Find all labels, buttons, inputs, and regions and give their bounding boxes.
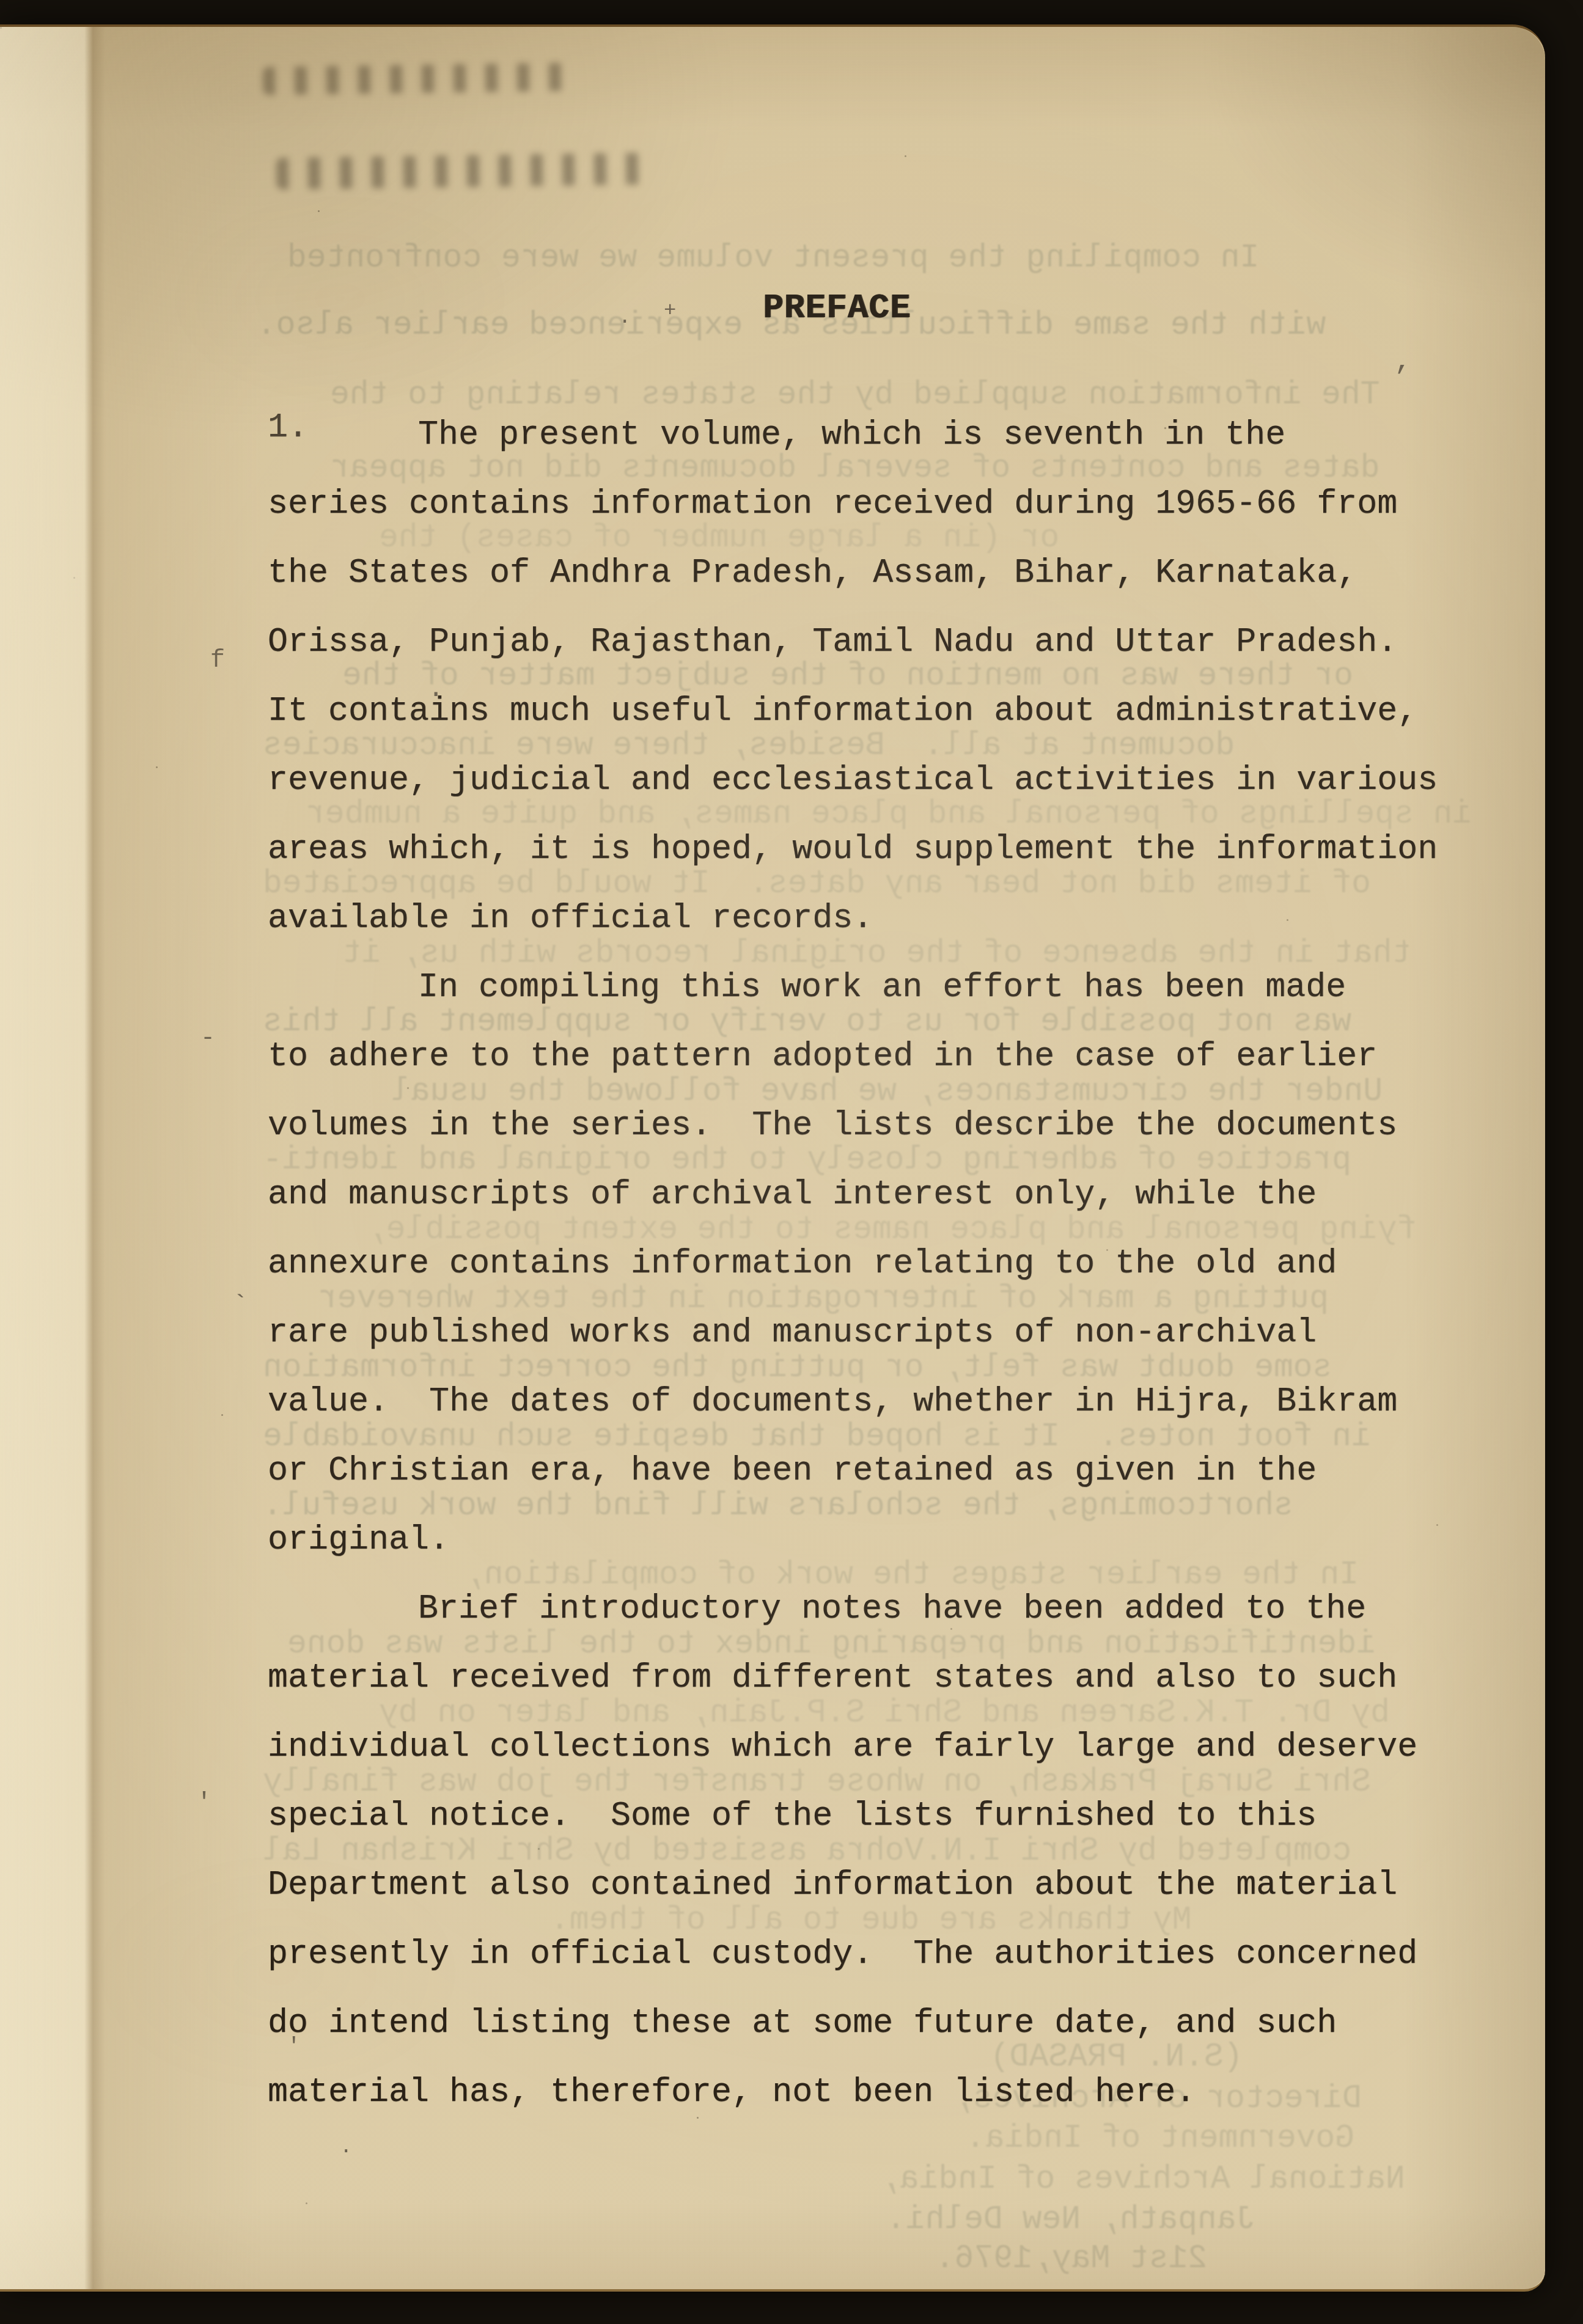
typed-line: annexure contains information relating t… [268,1229,1438,1298]
typed-text-block: 1.The present volume, which is seventh i… [268,400,1438,2127]
typed-line: Brief introductory notes have been added… [268,1574,1438,1643]
ink-speck: ’ [1392,364,1410,394]
typed-line: In compiling this work an effort has bee… [268,953,1438,1022]
typed-line: and manuscripts of archival interest onl… [268,1160,1438,1229]
typed-line-text: rare published works and manuscripts of … [268,1313,1317,1352]
typed-line-text: material received from different states … [268,1659,1397,1697]
typed-line: original. [268,1505,1438,1574]
bleedthrough-line: In compiling the present volume we were … [287,240,1259,276]
ink-speck: ` [232,1293,248,1320]
typed-line: volumes in the series. The lists describ… [268,1091,1438,1160]
typed-line-text: revenue, judicial and ecclesiastical act… [268,761,1438,799]
typed-line-text: or Christian era, have been retained as … [268,1451,1317,1490]
typed-line-text: In compiling this work an effort has bee… [418,968,1346,1006]
typed-line-text: available in official records. [268,899,873,937]
typed-line: series contains information received dur… [268,469,1438,538]
typed-line: material has, therefore, not been listed… [268,2058,1438,2127]
typed-line-text: the States of Andhra Pradesh, Assam, Bih… [268,554,1357,592]
typed-line-text: special notice. Some of the lists furnis… [268,1797,1317,1835]
typed-line: the States of Andhra Pradesh, Assam, Bih… [268,538,1438,607]
typed-line-text: The present volume, which is seventh in … [418,416,1285,454]
page-title: PREFACE [763,288,911,328]
ink-smudge [276,153,653,190]
typed-line: Orissa, Punjab, Rajasthan, Tamil Nadu an… [268,607,1438,676]
typed-line-text: It contains much useful information abou… [268,692,1417,730]
typed-line: 1.The present volume, which is seventh i… [268,400,1438,469]
ink-speck: + [664,301,676,321]
document-page: In compiling the present volume we were … [0,24,1545,2292]
bleedthrough-line: 21st May,1976. [935,2240,1207,2277]
typed-line-text: areas which, it is hoped, would suppleme… [268,830,1438,868]
typed-line: revenue, judicial and ecclesiastical act… [268,746,1438,815]
ink-speck: - [200,1027,215,1051]
typed-line-text: and manuscripts of archival interest onl… [268,1175,1317,1214]
paragraph-number: 1. [268,393,308,462]
ink-speck: ' [197,1792,211,1816]
typed-line-text: volumes in the series. The lists describ… [268,1106,1397,1145]
typed-line-text: Department also contained information ab… [268,1866,1397,1904]
typed-line: Department also contained information ab… [268,1850,1438,1919]
ink-speck: f [210,649,225,673]
typed-line: It contains much useful information abou… [268,676,1438,746]
typed-line-text: to adhere to the pattern adopted in the … [268,1037,1377,1076]
typed-line-text: do intend listing these at some future d… [268,2004,1337,2042]
ink-smudge [263,62,575,95]
dust-specks [0,27,2,29]
typed-line: material received from different states … [268,1643,1438,1712]
ink-speck: · [340,2141,352,2162]
photo-background: In compiling the present volume we were … [0,0,1583,2324]
typed-line: value. The dates of documents, whether i… [268,1367,1438,1436]
typed-line: areas which, it is hoped, would suppleme… [268,815,1438,884]
bleedthrough-line: Janpath, New Delhi. [886,2201,1255,2238]
ink-speck: · [619,312,631,332]
typed-line: presently in official custody. The autho… [268,1919,1438,1989]
typed-line: available in official records. [268,884,1438,953]
typed-line-text: series contains information received dur… [268,485,1397,523]
typed-line: to adhere to the pattern adopted in the … [268,1022,1438,1091]
typed-line: rare published works and manuscripts of … [268,1298,1438,1367]
typed-line-text: annexure contains information relating t… [268,1244,1337,1283]
typed-line-text: original. [268,1520,449,1559]
typed-line-text: presently in official custody. The autho… [268,1935,1417,1973]
typed-line-text: Brief introductory notes have been added… [418,1589,1366,1628]
typed-line: do intend listing these at some future d… [268,1989,1438,2058]
typed-line-text: individual collections which are fairly … [268,1728,1417,1766]
typed-line: individual collections which are fairly … [268,1712,1438,1781]
bleedthrough-line: National Archives of India, [880,2161,1405,2198]
typed-line-text: material has, therefore, not been listed… [268,2073,1196,2111]
typed-line: or Christian era, have been retained as … [268,1436,1438,1505]
typed-line: special notice. Some of the lists furnis… [268,1781,1438,1850]
typed-line-text: Orissa, Punjab, Rajasthan, Tamil Nadu an… [268,623,1397,661]
typed-line-text: value. The dates of documents, whether i… [268,1382,1397,1421]
